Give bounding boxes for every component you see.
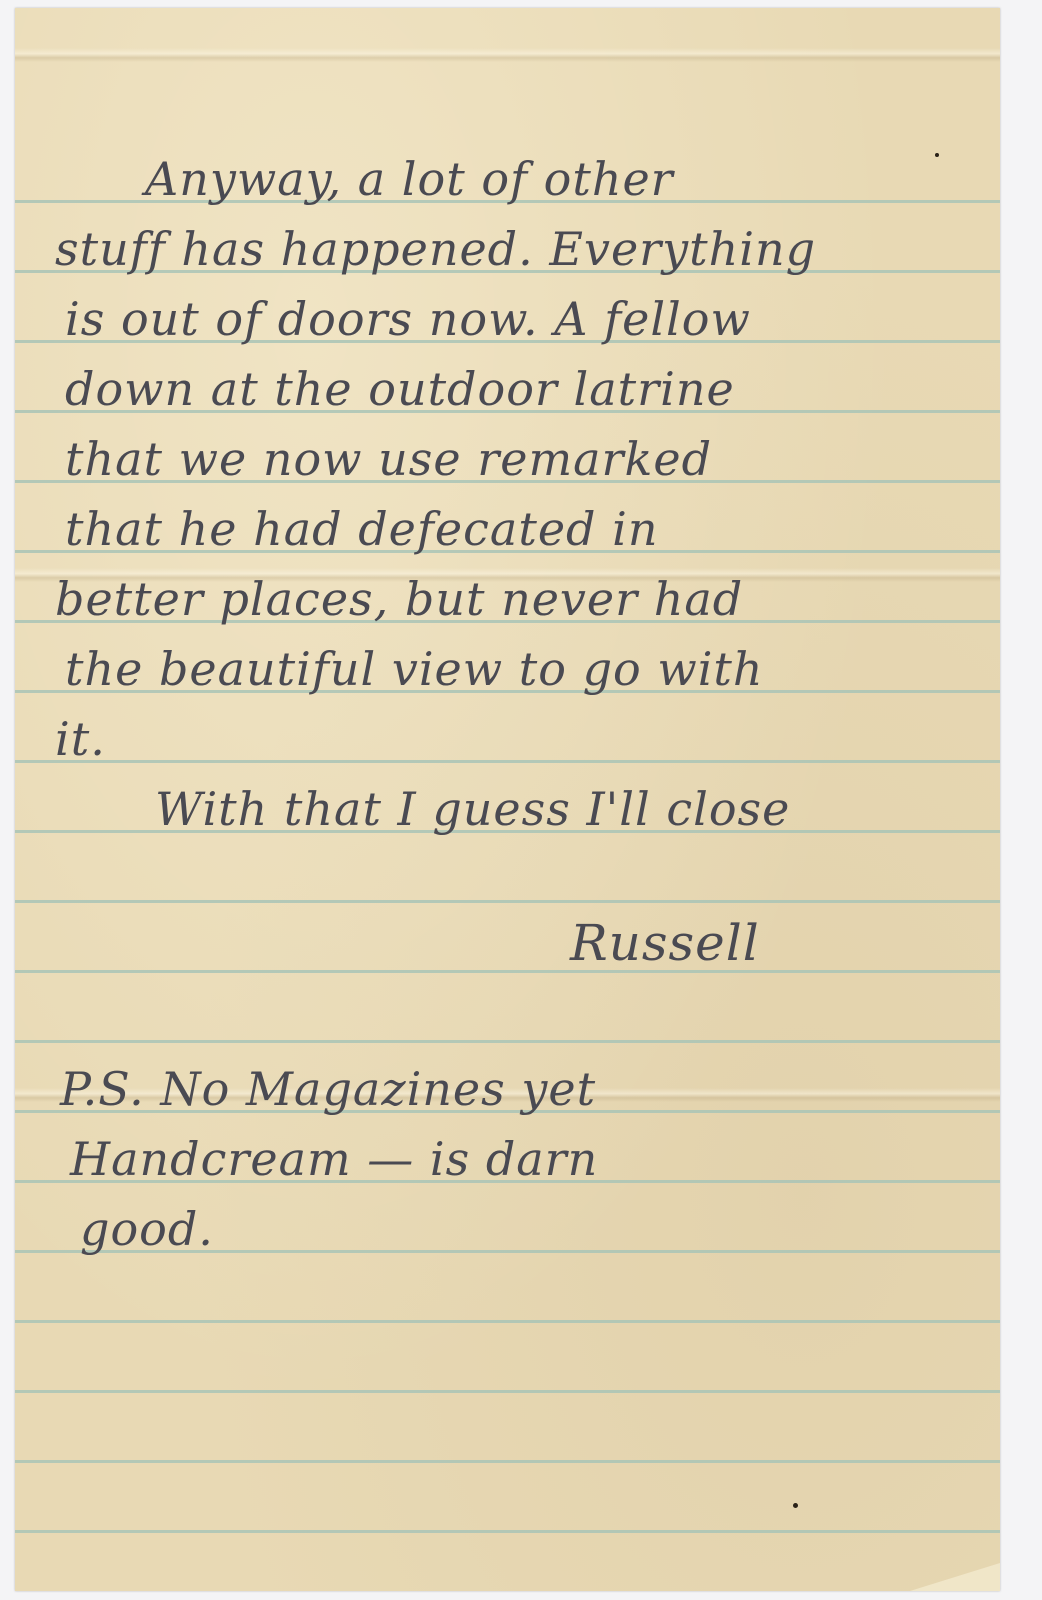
letter-line: it. [55,716,106,762]
ruled-line [15,760,1000,763]
fold-crease-top [15,48,1000,62]
ruled-line [15,970,1000,973]
folded-corner [910,1563,1000,1591]
ruled-line [15,900,1000,903]
ruled-line [15,1040,1000,1043]
letter-line: that we now use remarked [65,436,712,482]
letter-line: With that I guess I'll close [155,786,790,832]
postscript-line: P.S. No Magazines yet [60,1066,596,1112]
paper-speck [793,1503,798,1508]
letter-line: down at the outdoor latrine [65,366,735,412]
ruled-line [15,1320,1000,1323]
postscript-line: Handcream — is darn [70,1136,598,1182]
ruled-line [15,1460,1000,1463]
letter-line: stuff has happened. Everything [55,226,816,272]
paper-speck [935,153,939,157]
letter-line: the beautiful view to go with [65,646,764,692]
ruled-line [15,1530,1000,1533]
letter-page: Anyway, a lot of other stuff has happene… [15,8,1000,1591]
postscript-line: good. [80,1206,214,1252]
signature: Russell [570,918,760,968]
ruled-line [15,1390,1000,1393]
letter-line: is out of doors now. A fellow [65,296,751,342]
letter-line: that he had defecated in [65,506,658,552]
letter-line: Anyway, a lot of other [145,156,674,202]
letter-line: better places, but never had [55,576,743,622]
